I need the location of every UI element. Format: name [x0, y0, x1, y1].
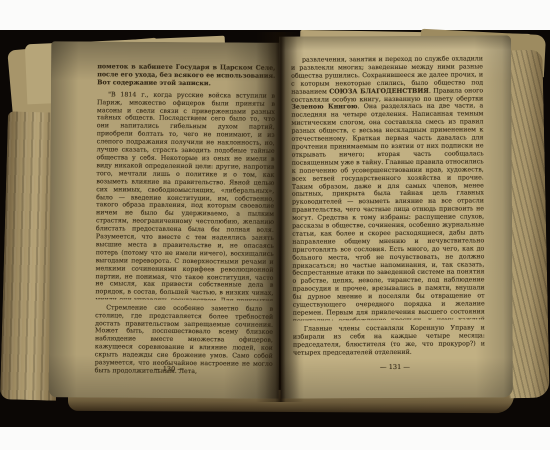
right-page-body: развлечения, занятия и переход по службе… [291, 55, 485, 320]
left-page-intro-bold: пометок в кабинете Государя в Царском Се… [97, 63, 275, 88]
left-page-text: пометок в кабинете Государя в Царском Се… [95, 63, 276, 376]
left-page-paragraph-1: "В 1814 г., когда русские войска вступил… [95, 91, 275, 301]
union-of-welfare-name: СОЮЗА БЛАГОДЕНСТВИЯ [329, 87, 429, 95]
right-page-number: — 131 — [345, 363, 445, 372]
book-photo: пометок в кабинете Государя в Царском Се… [0, 0, 550, 450]
left-page-body: "В 1814 г., когда русские войска вступил… [95, 91, 275, 301]
left-page-number: — 130 — [119, 365, 219, 374]
right-paragraph-segment-3: . Она разделялась на две части, а послед… [291, 103, 484, 321]
right-page-text: развлечения, занятия и переход по службе… [291, 55, 485, 357]
right-page-paragraph-1: развлечения, занятия и переход по службе… [291, 55, 485, 320]
green-book-name: Зеленою Книгою [291, 104, 357, 111]
right-page-paragraph-2: Главные члены составляли Коренную Управу… [293, 324, 485, 357]
